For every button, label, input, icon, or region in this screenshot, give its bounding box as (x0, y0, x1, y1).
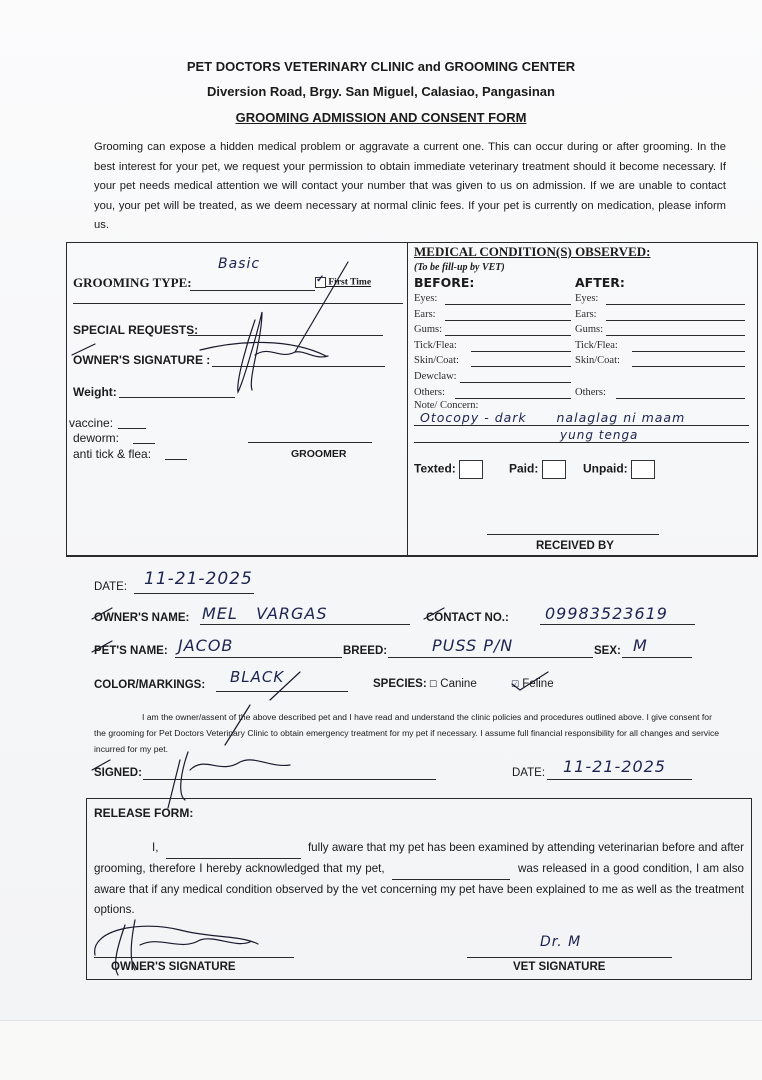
texted-label: Texted: (414, 462, 456, 476)
paid-label: Paid: (509, 462, 538, 476)
after-row-label: Others: (575, 387, 606, 398)
before-row-label: Skin/Coat: (414, 355, 459, 366)
pet-name-value[interactable]: JACOB (178, 636, 233, 655)
owner-signature-label: OWNER'S SIGNATURE : (73, 353, 210, 367)
deworm-label: deworm: (73, 431, 119, 445)
before-row-label: Ears: (414, 309, 436, 320)
breed-value[interactable]: PUSS P/N (432, 636, 513, 655)
release-owner-blank[interactable] (166, 838, 301, 859)
color-label: COLOR/MARKINGS: (94, 679, 205, 691)
after-row-label: Gums: (575, 324, 603, 335)
special-requests-field[interactable] (188, 335, 383, 336)
grooming-type-value[interactable]: Basic (218, 256, 260, 272)
before-label: BEFORE: (414, 275, 474, 290)
feline-label: Feline (522, 678, 553, 690)
before-row-label: Dewclaw: (414, 371, 457, 382)
color-value[interactable]: BLACK (230, 668, 284, 686)
vet-signature-value[interactable]: Dr. M (540, 934, 581, 950)
sex-label: SEX: (594, 645, 621, 657)
intro-paragraph: Grooming can expose a hidden medical pro… (94, 138, 726, 236)
sex-line (622, 657, 692, 658)
pet-name-label: PET'S NAME: (94, 645, 168, 657)
signed-line[interactable] (143, 779, 436, 780)
received-by-label: RECEIVED BY (536, 540, 614, 552)
pet-name-line (175, 657, 342, 658)
groomer-label: GROOMER (291, 448, 346, 460)
first-time-checkbox[interactable]: ✓ First Time (315, 277, 371, 288)
before-row-field[interactable] (455, 398, 571, 399)
after-row-field[interactable] (606, 335, 746, 336)
note-line-1[interactable]: Otocopy - dark nalaglag ni maam (420, 410, 685, 425)
after-label: AFTER: (575, 275, 625, 290)
grooming-type-label: GROOMING TYPE: (73, 275, 192, 291)
before-row-field[interactable] (445, 320, 572, 321)
medical-title: MEDICAL CONDITION(S) OBSERVED: (414, 244, 650, 260)
vet-signature-label: VET SIGNATURE (513, 961, 605, 973)
first-time-label: First Time (328, 278, 371, 288)
date-value[interactable]: 11-21-2025 (144, 569, 253, 589)
species-label: SPECIES: (373, 678, 427, 690)
vaccine-field[interactable] (118, 428, 146, 429)
before-row-field[interactable] (445, 335, 572, 336)
after-row-field[interactable] (606, 304, 746, 305)
after-row-field[interactable] (632, 351, 745, 352)
feline-checkbox-icon[interactable]: ☑ (511, 679, 519, 689)
unpaid-box[interactable] (631, 460, 655, 479)
vaccine-label: vaccine: (69, 416, 113, 430)
deworm-field[interactable] (133, 443, 155, 444)
anti-tick-label: anti tick & flea: (73, 447, 151, 461)
canine-label: Canine (440, 678, 476, 690)
date-label: DATE: (94, 581, 127, 593)
weight-field[interactable] (119, 397, 235, 398)
clinic-name: PET DOCTORS VETERINARY CLINIC and GROOMI… (0, 59, 762, 74)
vet-signature-line[interactable] (467, 957, 672, 958)
note-line-2[interactable]: yung tenga (560, 428, 638, 442)
species-canine-option[interactable]: ☐ Canine (429, 678, 477, 690)
release-owner-signature-label: OWNER'S SIGNATURE (111, 961, 236, 973)
unpaid-checkbox[interactable]: Unpaid: (583, 460, 655, 479)
paid-checkbox[interactable]: Paid: (509, 460, 566, 479)
canine-checkbox-icon[interactable]: ☐ (429, 679, 437, 689)
owner-name-value[interactable]: MEL VARGAS (202, 604, 328, 623)
before-row-field[interactable] (445, 304, 572, 305)
before-row-label: Gums: (414, 324, 442, 335)
owner-name-label: OWNER'S NAME: (94, 612, 189, 624)
owner-name-line (200, 624, 410, 625)
consent-date-line (547, 779, 692, 780)
breed-label: BREED: (343, 645, 387, 657)
unpaid-label: Unpaid: (583, 462, 628, 476)
contact-line (540, 624, 695, 625)
contact-label: CONTACT NO.: (426, 612, 509, 624)
note-line-rule-2 (414, 442, 749, 443)
before-row-label: Others: (414, 387, 445, 398)
form-title: GROOMING ADMISSION AND CONSENT FORM (0, 110, 762, 125)
grooming-type-line (190, 290, 315, 291)
scan-background (0, 1020, 762, 1080)
note-line-rule-1 (414, 425, 749, 426)
texted-box[interactable] (459, 460, 483, 479)
after-row-field[interactable] (616, 398, 745, 399)
before-row-field[interactable] (471, 351, 571, 352)
contact-value[interactable]: 09983523619 (545, 604, 668, 623)
medical-subtitle: (To be fill-up by VET) (414, 262, 505, 273)
consent-text: I am the owner/assent of the above descr… (94, 712, 719, 754)
anti-tick-field[interactable] (165, 459, 187, 460)
received-by-line[interactable] (487, 534, 659, 535)
weight-label: Weight: (73, 385, 117, 399)
before-row-field[interactable] (471, 366, 571, 367)
after-row-label: Skin/Coat: (575, 355, 620, 366)
color-line (216, 691, 348, 692)
after-row-label: Eyes: (575, 293, 598, 304)
breed-line (388, 657, 593, 658)
first-time-box[interactable]: ✓ (315, 277, 326, 288)
release-title: RELEASE FORM: (94, 806, 193, 820)
consent-paragraph: I am the owner/assent of the above descr… (94, 709, 726, 757)
before-row-label: Tick/Flea: (414, 340, 457, 351)
clinic-address: Diversion Road, Brgy. San Miguel, Calasi… (0, 84, 762, 99)
release-pet-blank[interactable] (392, 859, 510, 880)
groomer-signature-line[interactable] (248, 442, 372, 443)
sex-value[interactable]: M (633, 636, 648, 655)
box-divider (407, 242, 408, 555)
after-row-label: Tick/Flea: (575, 340, 618, 351)
after-row-label: Ears: (575, 309, 597, 320)
release-text-1: I, (152, 841, 158, 854)
before-row-label: Eyes: (414, 293, 437, 304)
release-owner-signature-line[interactable] (94, 957, 294, 958)
texted-checkbox[interactable]: Texted: (414, 460, 483, 479)
before-row-field[interactable] (460, 382, 571, 383)
after-row-field[interactable] (632, 366, 745, 367)
consent-date-value[interactable]: 11-21-2025 (563, 757, 666, 776)
species-feline-option[interactable]: ☑ Feline (511, 678, 554, 690)
consent-date-label: DATE: (512, 767, 545, 779)
signed-label: SIGNED: (94, 767, 142, 779)
after-row-field[interactable] (606, 320, 746, 321)
owner-signature-field[interactable] (212, 366, 385, 367)
special-requests-label: SPECIAL REQUESTS: (73, 323, 198, 337)
grooming-extra-line (73, 303, 403, 304)
date-line (134, 593, 254, 594)
paid-box[interactable] (542, 460, 566, 479)
release-paragraph: I, fully aware that my pet has been exam… (94, 838, 744, 920)
